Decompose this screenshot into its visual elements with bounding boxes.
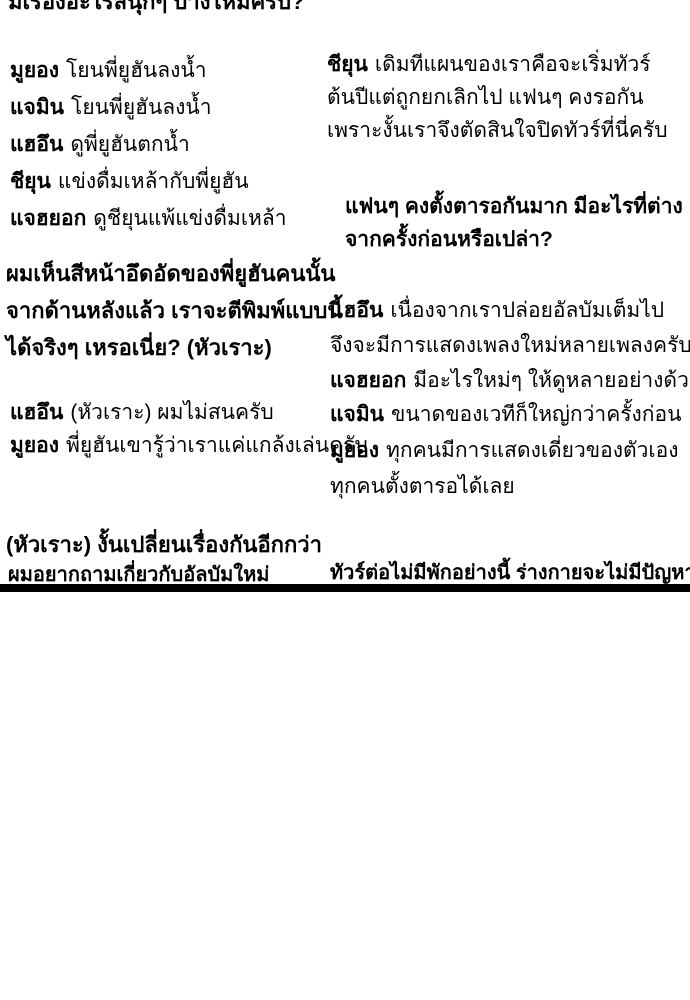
speaker-name: มูยอง [10,59,59,82]
speaker-name: แจมิน [10,96,64,119]
answers-new-songs: แฮอึนเนื่องจากเราปล่อยอัลบัมเต็มไป จึงจะ… [330,293,690,398]
dialog-text: แข่งดื่มเหล้ากับพี่ยูฮัน [58,170,249,193]
dialog-line: ต้นปีแต่ถูกยกเลิกไป แฟนๆ คงรอกัน [327,81,668,114]
speaker-name: แจฮยอก [10,207,86,230]
interview-page: มีเรื่องอะไรสนุกๆ บ้างไหมครับ? มูยองโยนพ… [0,0,690,1000]
dialog-text: จึงจะมีการแสดงเพลงใหม่หลายเพลงครับ [330,334,690,357]
question-line: ผมเห็นสีหน้าอึดอัดของพี่ยูฮันคนนั้น [6,255,342,292]
speaker-name: แฮอึน [330,299,383,322]
top-partial-question: มีเรื่องอะไรสนุกๆ บ้างไหมครับ? [8,0,304,19]
prank-line: ชียุนแข่งดื่มเหล้ากับพี่ยูฮัน [10,163,287,200]
dialog-line: แฮอึนเนื่องจากเราปล่อยอัลบัมเต็มไป [330,293,690,328]
bottom-clipped-row: ผมอยากถามเกี่ยวกับอัลบัมใหม่ ทัวร์ต่อไม่… [0,556,690,584]
dialog-line: เพราะงั้นเราจึงตัดสินใจปิดทัวร์ที่นี่ครั… [327,114,668,147]
dialog-text: ขนาดของเวทีก็ใหญ่กว่าครั้งก่อน [391,403,681,426]
interviewer-question-left: ผมเห็นสีหน้าอึดอัดของพี่ยูฮันคนนั้น จากด… [6,255,342,366]
answers-stage: แจมินขนาดของเวทีก็ใหญ่กว่าครั้งก่อน มูยอ… [330,397,682,505]
dialog-line: แจฮยอกมีอะไรใหม่ๆ ให้ดูหลายอย่างด้วย [330,363,690,398]
prank-line: แจฮยอกดูชียุนแพ้แข่งดื่มเหล้า [10,200,287,237]
question-line: ได้จริงๆ เหรอเนี่ย? (หัวเราะ) [6,329,342,366]
dialog-text: เพราะงั้นเราจึงตัดสินใจปิดทัวร์ที่นี่ครั… [327,119,668,142]
dialog-line: ทุกคนตั้งตารอได้เลย [330,469,682,505]
bottom-left-partial: ผมอยากถามเกี่ยวกับอัลบัมใหม่ [8,558,269,584]
dialog-text: ทุกคนตั้งตารอได้เลย [330,475,515,498]
speaker-name: ชียุน [327,53,368,76]
dialog-text: มีอะไรใหม่ๆ ให้ดูหลายอย่างด้วย [413,369,690,392]
speaker-name: ชียุน [10,170,51,193]
bottom-right-partial: ทัวร์ต่อไม่มีพักอย่างนี้ ร่างกายจะไม่มีป… [330,556,690,584]
speaker-name: แฮอึน [10,133,63,156]
prank-line: แจมินโยนพี่ยูฮันลงน้ำ [10,89,287,126]
divider-bar [0,584,690,592]
dialog-text: ทุกคนมีการแสดงเดี่ยวของตัวเอง [386,439,678,462]
dialog-text: ดูพี่ยูฮันตกน้ำ [70,133,189,156]
interviewer-question-right: แฟนๆ คงตั้งตารอกันมาก มีอะไรที่ต่าง จากค… [345,190,683,256]
dialog-text: โยนพี่ยูฮันลงน้ำ [71,96,212,119]
responses-left: แฮอึน(หัวเราะ) ผมไม่สนครับ มูยองพี่ยูฮัน… [10,396,368,462]
speaker-name: มูยอง [330,439,379,462]
dialog-text: ต้นปีแต่ถูกยกเลิกไป แฟนๆ คงรอกัน [327,86,644,109]
prank-line: มูยองโยนพี่ยูฮันลงน้ำ [10,52,287,89]
prank-list: มูยองโยนพี่ยูฮันลงน้ำ แจมินโยนพี่ยูฮันลง… [10,52,287,237]
dialog-text: โยนพี่ยูฮันลงน้ำ [66,59,207,82]
dialog-text: ดูชียุนแพ้แข่งดื่มเหล้า [93,207,286,230]
question-line: จากครั้งก่อนหรือเปล่า? [345,223,683,256]
dialog-line: มูยองทุกคนมีการแสดงเดี่ยวของตัวเอง [330,433,682,469]
speaker-name: แจมิน [330,403,384,426]
response-line: มูยองพี่ยูฮันเขารู้ว่าเราแค่แกล้งเล่นครั… [10,429,368,462]
dialog-text: พี่ยูฮันเขารู้ว่าเราแค่แกล้งเล่นครับ [66,434,368,457]
question-line: จากด้านหลังแล้ว เราจะตีพิมพ์แบบนี้ [6,292,342,329]
dialog-text: เนื่องจากเราปล่อยอัลบัมเต็มไป [390,299,664,322]
dialog-line: จึงจะมีการแสดงเพลงใหม่หลายเพลงครับ [330,328,690,363]
dialog-text: (หัวเราะ) ผมไม่สนครับ [70,401,273,424]
speaker-name: แจฮยอก [330,369,406,392]
speaker-name: แฮอึน [10,401,63,424]
siyun-answer: ชียุนเดิมทีแผนของเราคือจะเริ่มทัวร์ ต้นป… [327,48,668,147]
response-line: แฮอึน(หัวเราะ) ผมไม่สนครับ [10,396,368,429]
dialog-line: ชียุนเดิมทีแผนของเราคือจะเริ่มทัวร์ [327,48,668,81]
dialog-line: แจมินขนาดของเวทีก็ใหญ่กว่าครั้งก่อน [330,397,682,433]
prank-line: แฮอึนดูพี่ยูฮันตกน้ำ [10,126,287,163]
question-line: แฟนๆ คงตั้งตารอกันมาก มีอะไรที่ต่าง [345,190,683,223]
dialog-text: เดิมทีแผนของเราคือจะเริ่มทัวร์ [375,53,651,76]
speaker-name: มูยอง [10,434,59,457]
